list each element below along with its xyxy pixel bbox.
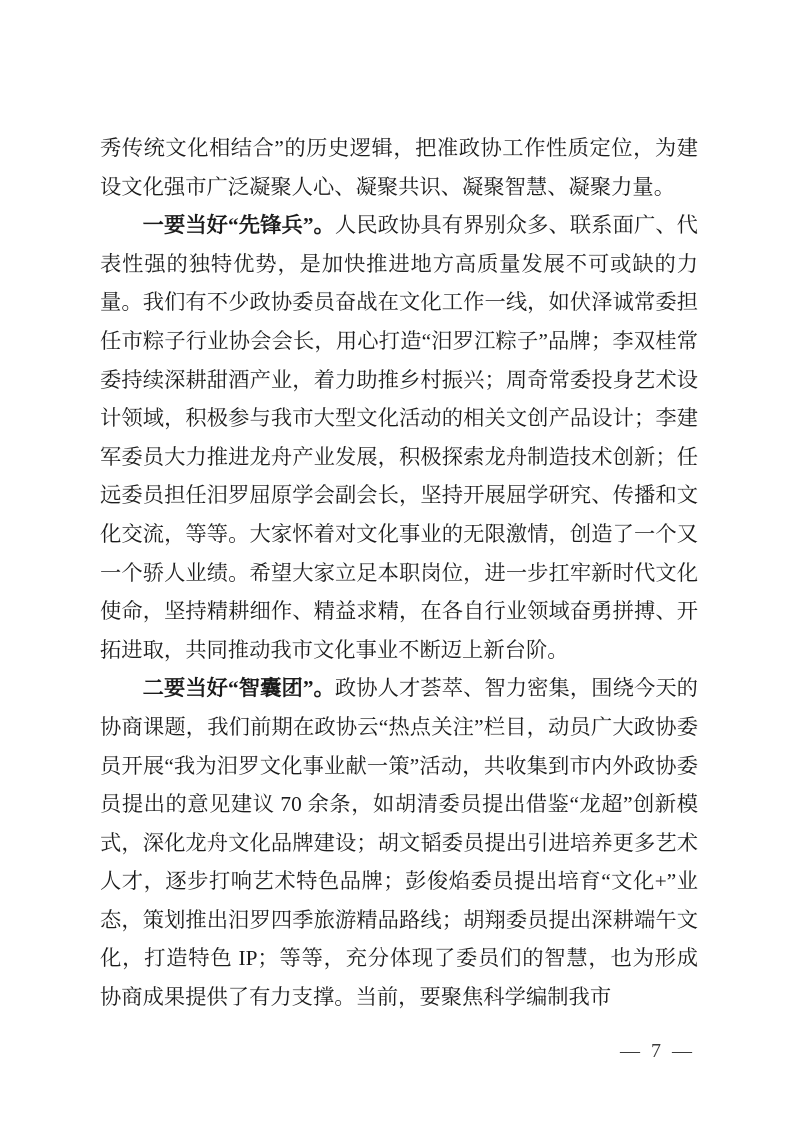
page-number: — 7 —: [620, 1040, 695, 1063]
paragraph-text-run: 秀传统文化相结合”的历史逻辑，把准政协工作性质定位，为建设文化强市广泛凝聚人心、…: [100, 136, 698, 199]
paragraph-heading-run: 二要当好“智囊团”。: [143, 676, 335, 700]
paragraph-heading-run: 一要当好“先锋兵”。: [143, 213, 335, 237]
paragraph-text-run: 人民政协具有界别众多、联系面广、代表性强的独特优势，是加快推进地方高质量发展不可…: [100, 213, 698, 662]
paragraph-continuation: 秀传统文化相结合”的历史逻辑，把准政协工作性质定位，为建设文化强市广泛凝聚人心、…: [100, 129, 698, 206]
paragraph-second-point: 二要当好“智囊团”。政协人才荟萃、智力密集，围绕今天的协商课题，我们前期在政协云…: [100, 669, 698, 1016]
paragraph-text-run: 政协人才荟萃、智力密集，围绕今天的协商课题，我们前期在政协云“热点关注”栏目，动…: [100, 676, 698, 1009]
document-page: 秀传统文化相结合”的历史逻辑，把准政协工作性质定位，为建设文化强市广泛凝聚人心、…: [0, 0, 793, 1122]
paragraph-first-point: 一要当好“先锋兵”。人民政协具有界别众多、联系面广、代表性强的独特优势，是加快推…: [100, 206, 698, 669]
document-body: 秀传统文化相结合”的历史逻辑，把准政协工作性质定位，为建设文化强市广泛凝聚人心、…: [100, 129, 698, 1017]
